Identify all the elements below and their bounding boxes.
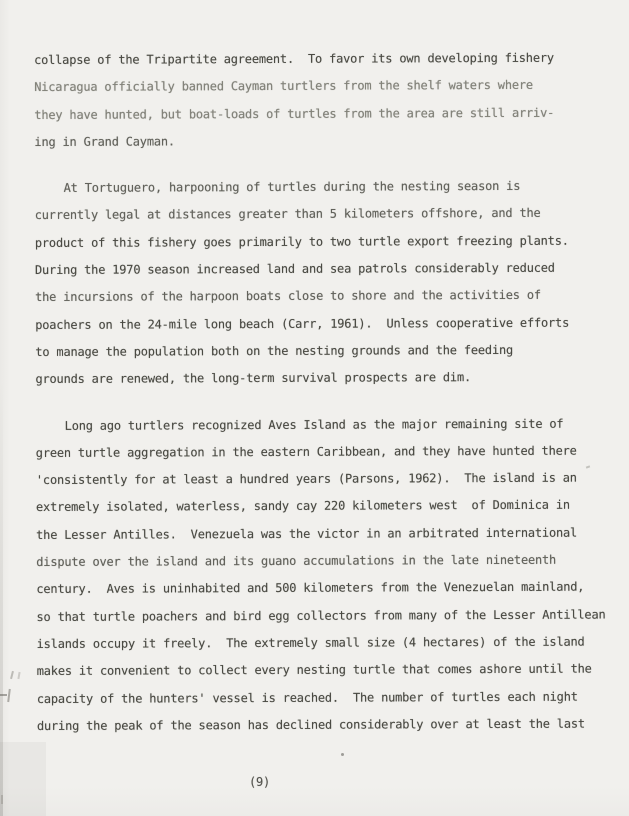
text-line: green turtle aggregation in the eastern … — [36, 437, 605, 467]
text-line: the Lesser Antilles. Venezuela was the v… — [36, 519, 605, 549]
margin-pen-mark — [10, 671, 14, 679]
text-line: Long ago turtlers recognized Aves Island… — [36, 410, 605, 440]
text-line: makes it convenient to collect every nes… — [37, 656, 606, 686]
page-number: (9) — [249, 775, 270, 789]
text-line: 'consistently for at least a hundred yea… — [36, 465, 605, 495]
scanned-document: { "document": { "background_color": "#f1… — [0, 0, 629, 816]
text-line: the incursions of the harpoon boats clos… — [35, 282, 604, 312]
text-line: product of this fishery goes primarily t… — [35, 227, 604, 257]
text-line: During the 1970 season increased land an… — [35, 255, 604, 285]
text-line: poachers on the 24-mile long beach (Carr… — [35, 309, 604, 339]
text-line: to manage the population both on the nes… — [35, 336, 604, 366]
text-line: extremely isolated, waterless, sandy cay… — [36, 492, 605, 522]
text-line: ing in Grand Cayman. — [34, 126, 603, 156]
margin-pen-mark — [1, 795, 3, 804]
text-line: currently legal at distances greater tha… — [35, 200, 604, 230]
text-line: century. Aves is uninhabited and 500 kil… — [36, 574, 605, 604]
text-line: islands occupy it freely. The extremely … — [37, 628, 606, 658]
scan-smudge — [0, 742, 46, 816]
text-line: capacity of the hunters' vessel is reach… — [37, 683, 606, 713]
text-line: At Tortuguero, harpooning of turtles dur… — [35, 173, 604, 203]
paragraph: collapse of the Tripartite agreement. To… — [34, 45, 603, 157]
page-sheet: collapse of the Tripartite agreement. To… — [0, 0, 629, 816]
text-line: they have hunted, but boat-loads of turt… — [34, 99, 603, 129]
margin-pen-mark — [0, 694, 7, 696]
text-line: so that turtle poachers and bird egg col… — [36, 601, 605, 631]
scan-edge-shadow — [0, 380, 3, 816]
text-line: during the peak of the season has declin… — [37, 710, 606, 740]
body-text: collapse of the Tripartite agreement. To… — [34, 45, 606, 760]
paragraph: Long ago turtlers recognized Aves Island… — [36, 410, 606, 740]
text-line: grounds are renewed, the long-term survi… — [35, 364, 604, 394]
text-line: collapse of the Tripartite agreement. To… — [34, 45, 603, 75]
margin-pen-mark — [7, 689, 11, 702]
stray-ink-dot — [341, 753, 344, 756]
text-line: dispute over the island and its guano ac… — [36, 547, 605, 577]
text-line: Nicaragua officially banned Cayman turtl… — [34, 72, 603, 102]
paragraph: At Tortuguero, harpooning of turtles dur… — [35, 173, 605, 394]
margin-pen-mark — [17, 672, 20, 679]
